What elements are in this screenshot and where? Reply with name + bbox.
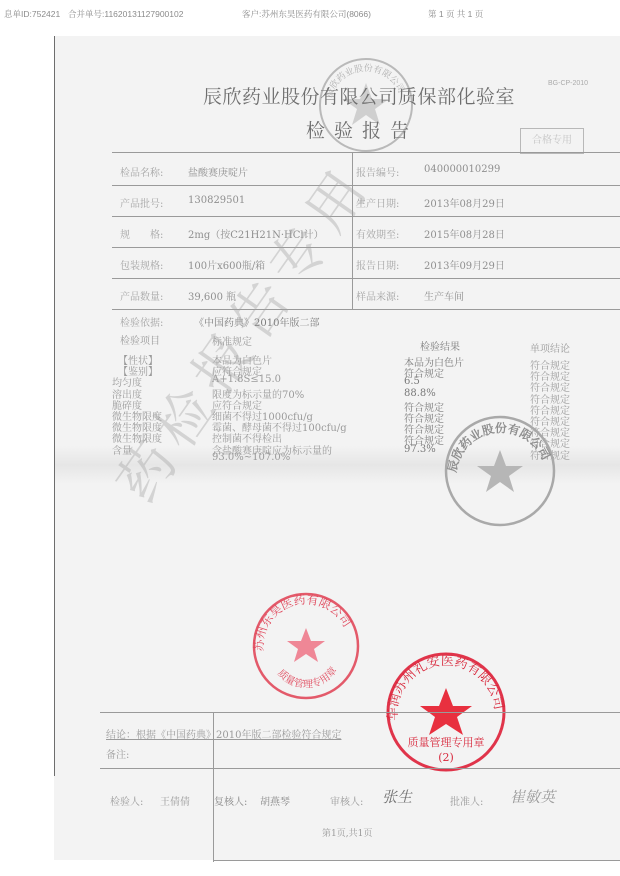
- row-result: 88.8%: [404, 388, 436, 399]
- divider: [100, 712, 620, 713]
- divider: [112, 309, 620, 310]
- divider: [112, 278, 620, 279]
- svg-text:质量管理专用章: 质量管理专用章: [275, 664, 340, 691]
- basis-label: 检验依据:: [120, 314, 163, 329]
- reviewer-name: 胡燕琴: [260, 793, 290, 808]
- col-header-result: 检验结果: [420, 338, 460, 353]
- packing-label: 包装规格:: [120, 257, 163, 272]
- sample-source-value: 生产车间: [424, 288, 464, 303]
- report-date-value: 2013年09月29日: [424, 257, 505, 272]
- page-title: 辰欣药业股份有限公司质保部化验室: [203, 82, 515, 109]
- production-date-value: 2013年08月29日: [424, 195, 505, 210]
- order-id: 息单ID:752421: [4, 8, 60, 20]
- page-indicator: 第 1 页 共 1 页: [428, 8, 483, 20]
- col-header-item: 检验项目: [120, 332, 160, 347]
- approver-signature: 崔敏英: [510, 786, 555, 807]
- report-date-label: 报告日期:: [356, 257, 399, 272]
- customer: 客户:苏州东昊医药有限公司(8066): [242, 8, 371, 20]
- row-standard-cont: 93.0%~107.0%: [212, 452, 290, 463]
- gray-lab-stamp-mid: 辰欣药业股份有限公司: [440, 412, 560, 530]
- product-name-value: 盐酸赛庚啶片: [188, 164, 248, 179]
- auditor-signature: 张生: [382, 786, 412, 807]
- doc-code: BG-CP-2010: [548, 80, 588, 87]
- divider: [213, 860, 620, 861]
- col-header-conclusion: 单项结论: [530, 340, 570, 355]
- batch-no-label: 产品批号:: [120, 195, 163, 210]
- row-result: 6.5: [404, 376, 420, 387]
- report-no-value: 040000010299: [424, 164, 500, 175]
- auditor-label: 审核人:: [330, 793, 363, 808]
- batch-no-value: 130829501: [188, 195, 245, 206]
- remarks-label: 备注:: [106, 746, 129, 761]
- footer-page-number: 第1页,共1页: [322, 826, 372, 839]
- approver-label: 批准人:: [450, 793, 483, 808]
- conclusion-text: 结论：根据《中国药典》2010年版二部检验符合规定: [106, 726, 341, 741]
- tester-label: 检验人:: [110, 793, 143, 808]
- sample-source-label: 样品来源:: [356, 288, 399, 303]
- quantity-label: 产品数量:: [120, 288, 163, 303]
- expiry-label: 有效期至:: [356, 226, 399, 241]
- spec-label: 规 格:: [120, 226, 163, 241]
- margin-rule: [54, 36, 55, 776]
- divider: [100, 768, 620, 769]
- row-result: 97.3%: [404, 444, 436, 455]
- svg-text:(2): (2): [438, 751, 454, 764]
- product-name-label: 检品名称:: [120, 164, 163, 179]
- divider: [112, 247, 620, 248]
- merge-order-no: 合并单号:11620131127900102: [68, 8, 183, 20]
- expiry-value: 2015年08月28日: [424, 226, 505, 241]
- svg-text:质量管理专用章: 质量管理专用章: [408, 735, 485, 749]
- divider: [112, 152, 620, 153]
- page-subtitle: 检验报告: [306, 116, 418, 143]
- qualified-box-stamp: 合格专用: [520, 128, 584, 154]
- reviewer-label: 复核人:: [214, 793, 247, 808]
- red-stamp-dongyang: 苏州东昊医药有限公司 质量管理专用章: [250, 590, 362, 702]
- tester-name: 王倩倩: [160, 793, 190, 808]
